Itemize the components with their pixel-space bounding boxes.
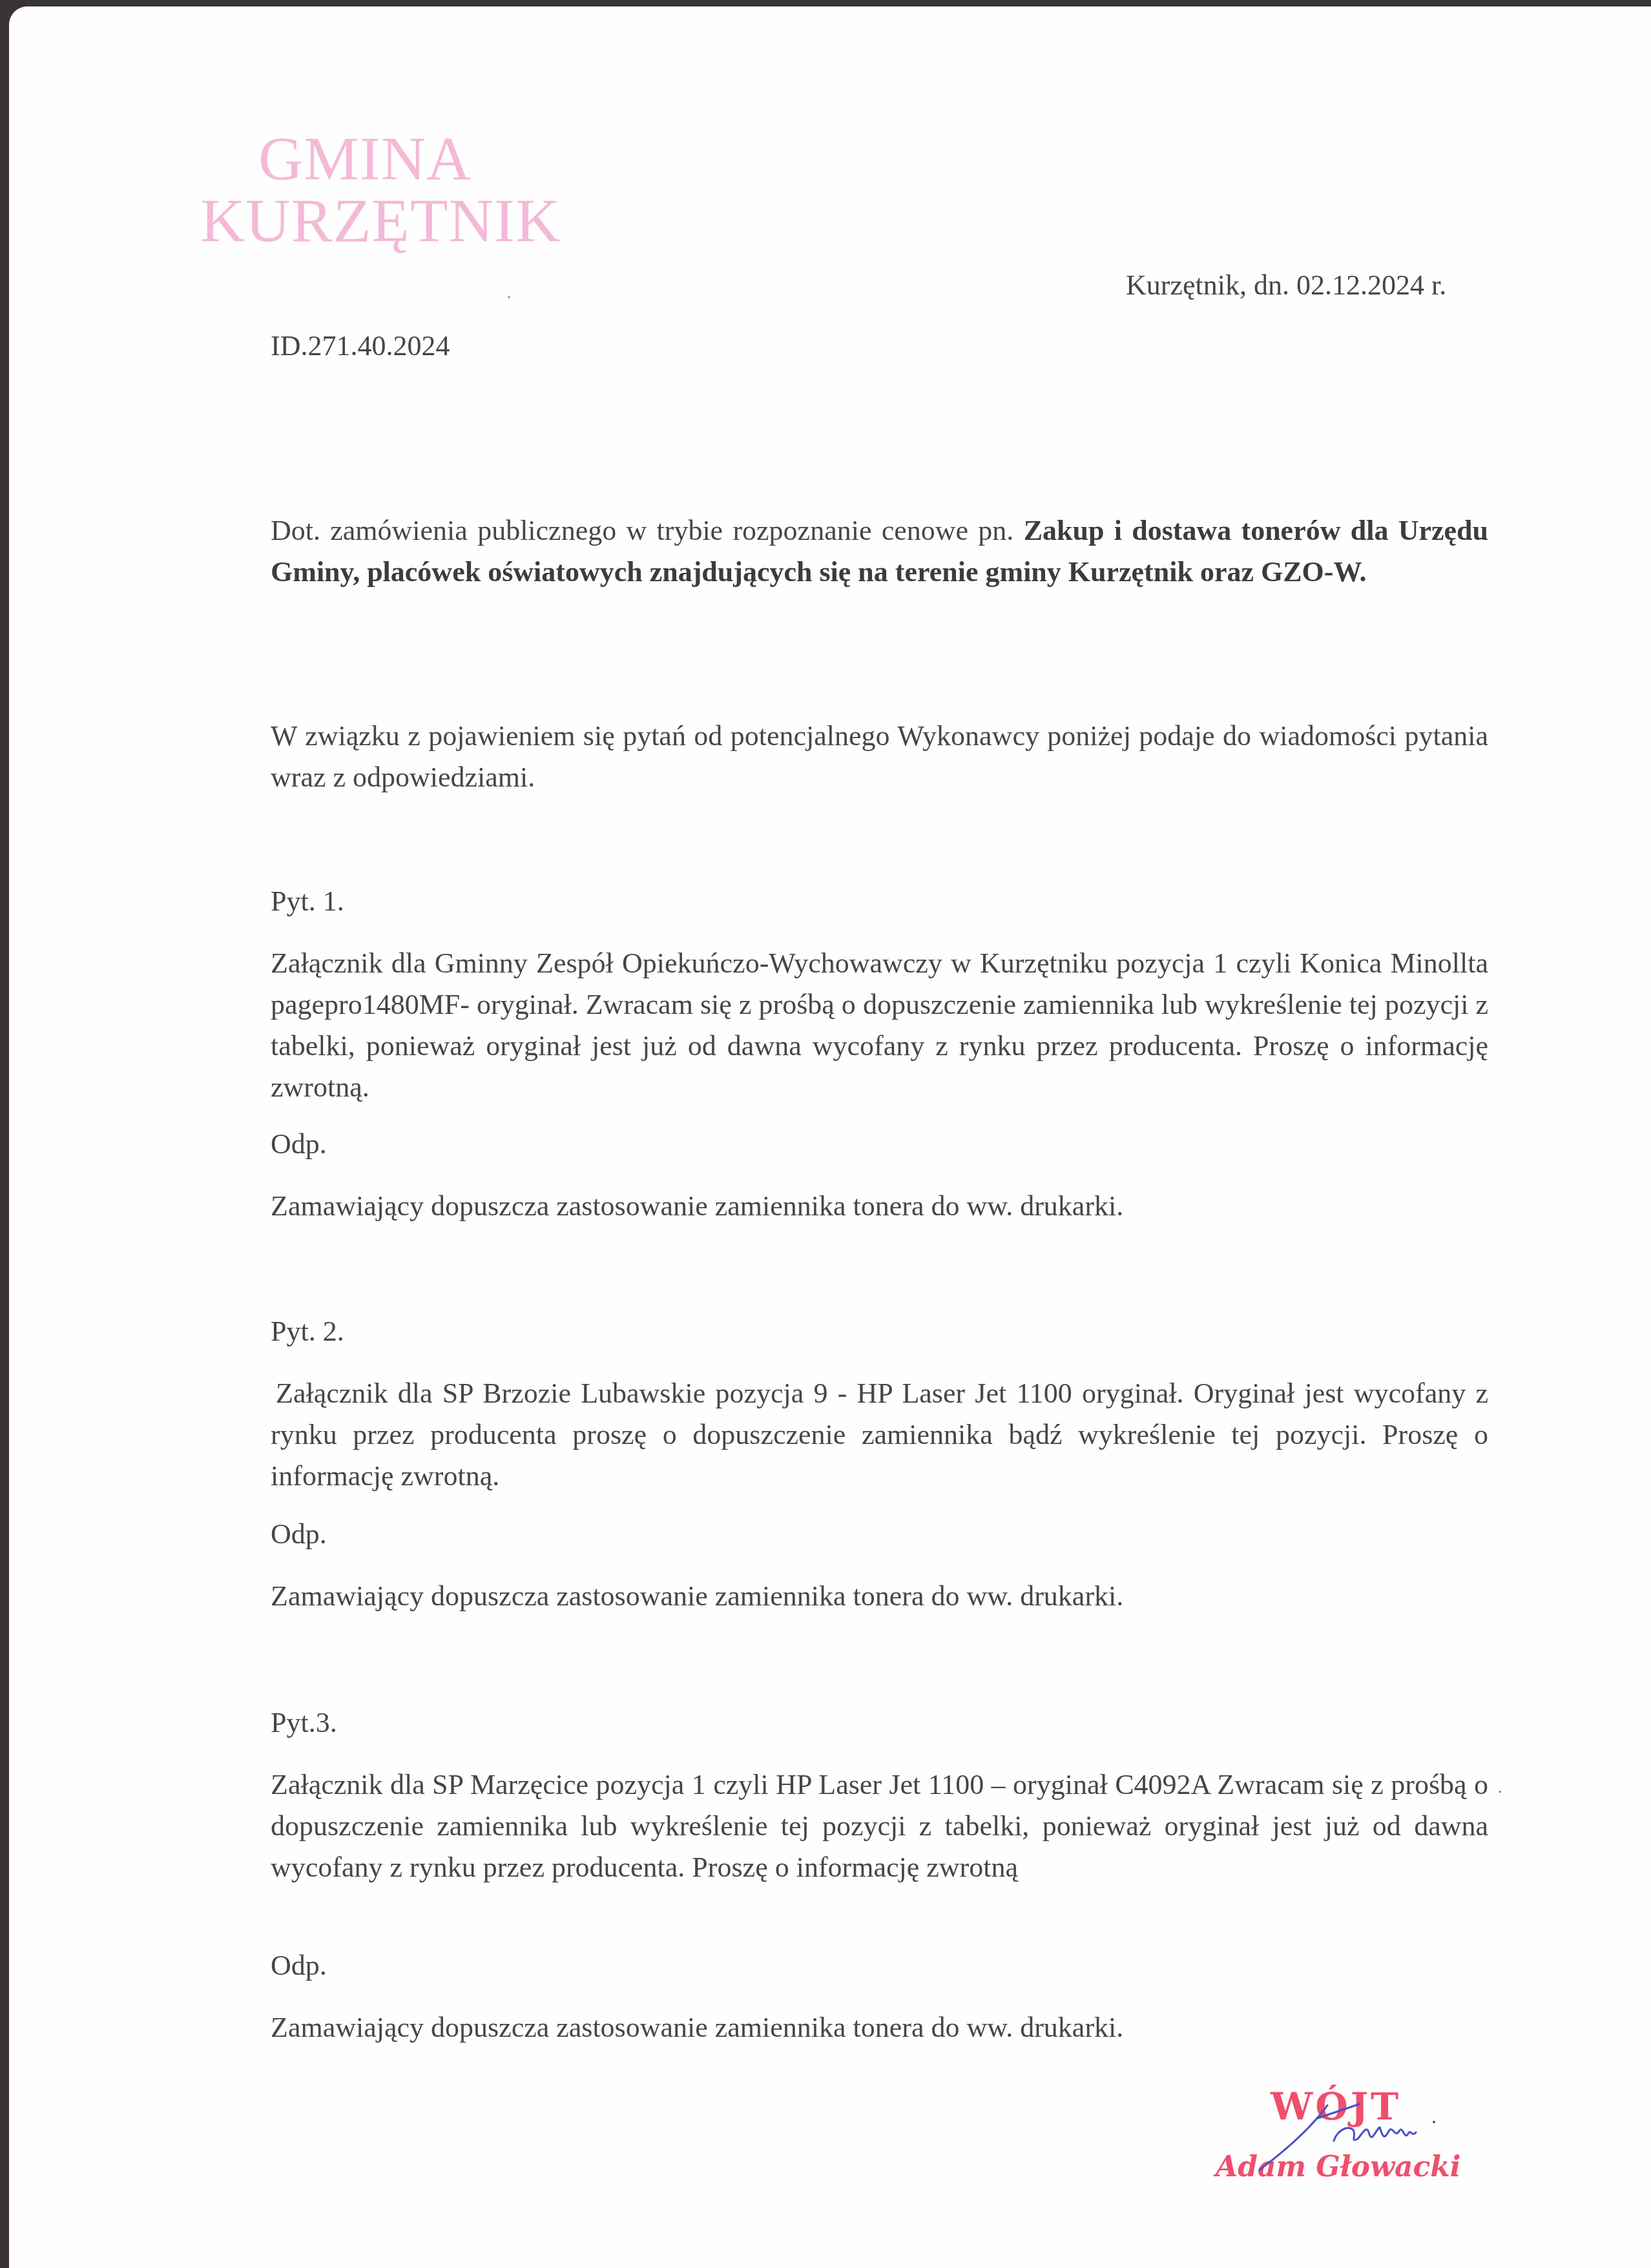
place-date: Kurzętnik, dn. 02.12.2024 r. xyxy=(1126,265,1446,306)
signature-stamp: WÓJT Adam Głowacki xyxy=(1214,2079,1486,2209)
subject-paragraph: Dot. zamówienia publicznego w trybie roz… xyxy=(271,510,1488,593)
stamp-line-2: KURZĘTNIK xyxy=(200,190,561,252)
stamp-dot xyxy=(508,296,510,298)
case-id: ID.271.40.2024 xyxy=(271,325,450,367)
answer-1-label: Odp. xyxy=(271,1124,327,1165)
subject-prefix: Dot. zamówienia publicznego w trybie roz… xyxy=(271,515,1024,546)
answer-2-text: Zamawiający dopuszcza zastosowanie zamie… xyxy=(271,1576,1488,1617)
answer-3-label: Odp. xyxy=(271,1945,327,1986)
municipality-stamp: GMINA KURZĘTNIK xyxy=(200,128,561,252)
question-3-label: Pyt.3. xyxy=(271,1702,337,1744)
ink-dot xyxy=(1499,1791,1501,1793)
question-1-text: Załącznik dla Gminny Zespół Opiekuńczo-W… xyxy=(271,943,1488,1108)
answer-3-text: Zamawiający dopuszcza zastosowanie zamie… xyxy=(271,2007,1488,2048)
handwritten-signature xyxy=(1214,2079,1486,2209)
question-2-text: Załącznik dla SP Brzozie Lubawskie pozyc… xyxy=(271,1373,1488,1497)
question-2-label: Pyt. 2. xyxy=(271,1311,344,1352)
question-3-text: Załącznik dla SP Marzęcice pozycja 1 czy… xyxy=(271,1764,1488,1888)
answer-1-text: Zamawiający dopuszcza zastosowanie zamie… xyxy=(271,1186,1488,1227)
question-1-label: Pyt. 1. xyxy=(271,881,344,922)
stamp-line-1: GMINA xyxy=(200,128,561,190)
document-page: GMINA KURZĘTNIK xyxy=(9,6,1651,2268)
intro-paragraph: W związku z pojawieniem się pytań od pot… xyxy=(271,716,1488,798)
answer-2-label: Odp. xyxy=(271,1514,327,1555)
